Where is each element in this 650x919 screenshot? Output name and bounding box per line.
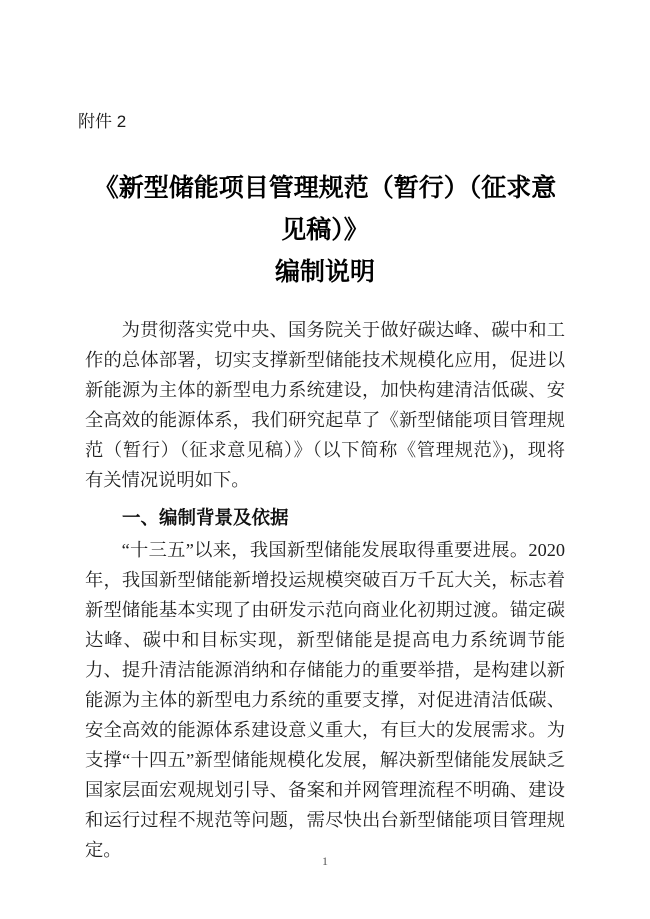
section-paragraph: “十三五”以来，我国新型储能发展取得重要进展。2020年，我国新型储能新增投运规… <box>85 535 565 865</box>
document-content: 附件 2 《新型储能项目管理规范（暂行）（征求意见稿）》 编制说明 为贯彻落实党… <box>0 0 650 865</box>
intro-paragraph: 为贯彻落实党中央、国务院关于做好碳达峰、碳中和工作的总体部署，切实支撑新型储能技… <box>85 315 565 495</box>
document-title-line1: 《新型储能项目管理规范（暂行）（征求意见稿）》 <box>85 168 565 252</box>
page-number: 1 <box>0 854 650 869</box>
document-page: 附件 2 《新型储能项目管理规范（暂行）（征求意见稿）》 编制说明 为贯彻落实党… <box>0 0 650 919</box>
document-title: 《新型储能项目管理规范（暂行）（征求意见稿）》 编制说明 <box>85 168 565 294</box>
attachment-label: 附件 2 <box>78 0 565 134</box>
document-title-line2: 编制说明 <box>85 252 565 294</box>
section-heading: 一、编制背景及依据 <box>85 503 565 533</box>
